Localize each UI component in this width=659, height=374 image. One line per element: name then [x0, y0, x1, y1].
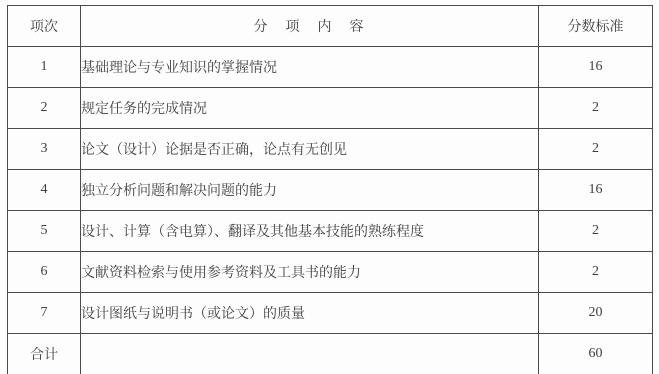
header-score-standard: 分数标准: [539, 6, 653, 47]
row-number: 6: [8, 252, 81, 293]
table-row: 5 设计、计算（含电算）、翻译及其他基本技能的熟练程度 2: [8, 211, 653, 252]
row-content: 独立分析问题和解决问题的能力: [81, 170, 539, 211]
row-content: 设计、计算（含电算）、翻译及其他基本技能的熟练程度: [81, 211, 539, 252]
table-row: 2 规定任务的完成情况 2: [8, 88, 653, 129]
total-label: 合计: [8, 334, 81, 374]
header-row: 项次 分 项 内 容 分数标准: [8, 6, 653, 47]
table-row: 7 设计图纸与说明书（或论文）的质量 20: [8, 293, 653, 334]
row-score: 2: [539, 88, 653, 129]
row-score: 20: [539, 293, 653, 334]
row-content: 文献资料检索与使用参考资料及工具书的能力: [81, 252, 539, 293]
row-number: 7: [8, 293, 81, 334]
row-number: 4: [8, 170, 81, 211]
row-content: 规定任务的完成情况: [81, 88, 539, 129]
total-content-empty: [81, 334, 539, 374]
table-row: 3 论文（设计）论据是否正确，论点有无创见 2: [8, 129, 653, 170]
total-score: 60: [539, 334, 653, 374]
total-row: 合计 60: [8, 334, 653, 374]
table-row: 6 文献资料检索与使用参考资料及工具书的能力 2: [8, 252, 653, 293]
table-row: 1 基础理论与专业知识的掌握情况 16: [8, 47, 653, 88]
row-score: 16: [539, 47, 653, 88]
row-content: 论文（设计）论据是否正确，论点有无创见: [81, 129, 539, 170]
row-content: 基础理论与专业知识的掌握情况: [81, 47, 539, 88]
row-number: 1: [8, 47, 81, 88]
table-row: 4 独立分析问题和解决问题的能力 16: [8, 170, 653, 211]
header-item-content: 分 项 内 容: [81, 6, 539, 47]
row-content: 设计图纸与说明书（或论文）的质量: [81, 293, 539, 334]
row-score: 16: [539, 170, 653, 211]
row-score: 2: [539, 252, 653, 293]
row-number: 2: [8, 88, 81, 129]
row-score: 2: [539, 211, 653, 252]
header-item-no: 项次: [8, 6, 81, 47]
score-standard-table: 项次 分 项 内 容 分数标准 1 基础理论与专业知识的掌握情况 16 2 规定…: [7, 5, 653, 374]
row-number: 3: [8, 129, 81, 170]
row-score: 2: [539, 129, 653, 170]
row-number: 5: [8, 211, 81, 252]
